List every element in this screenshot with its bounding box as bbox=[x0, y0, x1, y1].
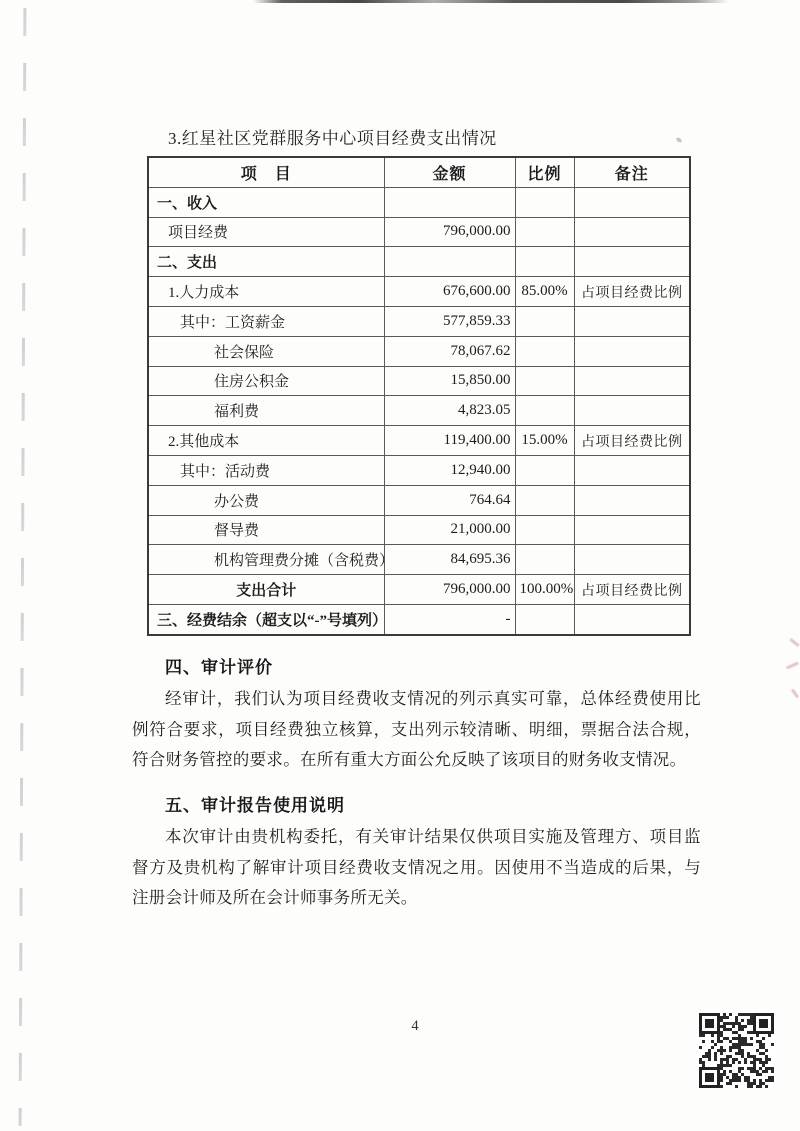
row-amount: 796,000.00 bbox=[384, 575, 515, 605]
table-row: 支出合计796,000.00100.00%占项目经费比例 bbox=[148, 575, 690, 605]
row-amount: 577,859.33 bbox=[384, 306, 515, 336]
row-note bbox=[574, 604, 690, 634]
table-row: 督导费21,000.00 bbox=[148, 515, 690, 545]
table-row: 2.其他成本119,400.0015.00%占项目经费比例 bbox=[148, 426, 690, 456]
row-note bbox=[574, 247, 690, 277]
column-header-note: 备注 bbox=[574, 157, 690, 187]
table-row: 福利费4,823.05 bbox=[148, 396, 690, 426]
row-amount: 21,000.00 bbox=[384, 515, 515, 545]
row-note bbox=[574, 187, 690, 217]
row-ratio bbox=[515, 336, 574, 366]
row-note bbox=[574, 515, 690, 545]
row-item: 二、支出 bbox=[148, 247, 384, 277]
row-ratio bbox=[515, 306, 574, 336]
table-row: 1.人力成本676,600.0085.00%占项目经费比例 bbox=[148, 277, 690, 307]
seal-ink-remnant bbox=[791, 689, 799, 699]
row-amount: 78,067.62 bbox=[384, 336, 515, 366]
row-amount: 15,850.00 bbox=[384, 366, 515, 396]
seal-ink-remnant bbox=[786, 661, 799, 669]
table-row: 住房公积金15,850.00 bbox=[148, 366, 690, 396]
row-ratio bbox=[515, 217, 574, 247]
row-amount: 676,600.00 bbox=[384, 277, 515, 307]
column-header-ratio: 比例 bbox=[515, 157, 574, 187]
row-note: 占项目经费比例 bbox=[574, 575, 690, 605]
row-note bbox=[574, 396, 690, 426]
table-row: 其中：活动费12,940.00 bbox=[148, 455, 690, 485]
row-note bbox=[574, 485, 690, 515]
expenditure-table-body: 一、收入项目经费796,000.00二、支出1.人力成本676,600.0085… bbox=[148, 187, 690, 634]
row-ratio bbox=[515, 485, 574, 515]
row-item: 住房公积金 bbox=[148, 366, 384, 396]
report-usage-paragraph: 本次审计由贵机构委托，有关审计结果仅供项目实施及管理方、项目监督方及贵机构了解审… bbox=[132, 822, 701, 914]
row-ratio bbox=[515, 247, 574, 277]
row-item: 社会保险 bbox=[148, 336, 384, 366]
row-note bbox=[574, 336, 690, 366]
table-row: 社会保险78,067.62 bbox=[148, 336, 690, 366]
table-header-row: 项 目 金额 比例 备注 bbox=[148, 157, 690, 187]
row-ratio bbox=[515, 396, 574, 426]
row-amount: 4,823.05 bbox=[384, 396, 515, 426]
row-amount: - bbox=[384, 604, 515, 634]
row-ratio bbox=[515, 515, 574, 545]
table-row: 二、支出 bbox=[148, 247, 690, 277]
scan-smudge bbox=[675, 137, 682, 144]
section-heading-audit-evaluation: 四、审计评价 bbox=[165, 653, 273, 678]
row-item: 机构管理费分摊（含税费） bbox=[148, 545, 384, 575]
row-ratio: 85.00% bbox=[515, 277, 574, 307]
table-row: 办公费764.64 bbox=[148, 485, 690, 515]
section-heading-report-usage: 五、审计报告使用说明 bbox=[165, 791, 345, 816]
row-ratio: 15.00% bbox=[515, 426, 574, 456]
row-note: 占项目经费比例 bbox=[574, 277, 690, 307]
row-amount: 119,400.00 bbox=[384, 426, 515, 456]
table-row: 其中：工资薪金577,859.33 bbox=[148, 306, 690, 336]
column-header-item: 项 目 bbox=[148, 157, 384, 187]
row-note bbox=[574, 366, 690, 396]
row-item: 督导费 bbox=[148, 515, 384, 545]
row-item: 2.其他成本 bbox=[148, 426, 384, 456]
row-note bbox=[574, 545, 690, 575]
row-amount bbox=[384, 187, 515, 217]
row-item: 一、收入 bbox=[148, 187, 384, 217]
scanned-audit-report-page: { "document": { "table_caption": "3.红星社区… bbox=[0, 0, 800, 1131]
row-amount: 12,940.00 bbox=[384, 455, 515, 485]
table-row: 一、收入 bbox=[148, 187, 690, 217]
scan-page-edge-shadow bbox=[253, 0, 729, 3]
row-ratio bbox=[515, 187, 574, 217]
row-note bbox=[574, 217, 690, 247]
row-ratio bbox=[515, 545, 574, 575]
table-row: 机构管理费分摊（含税费）84,695.36 bbox=[148, 545, 690, 575]
row-ratio bbox=[515, 455, 574, 485]
column-header-amount: 金额 bbox=[384, 157, 515, 187]
table-row: 项目经费796,000.00 bbox=[148, 217, 690, 247]
row-item: 其中：活动费 bbox=[148, 455, 384, 485]
row-amount: 764.64 bbox=[384, 485, 515, 515]
row-item: 其中：工资薪金 bbox=[148, 306, 384, 336]
table-row: 三、经费结余（超支以“-”号填列）- bbox=[148, 604, 690, 634]
row-item: 项目经费 bbox=[148, 217, 384, 247]
row-ratio: 100.00% bbox=[515, 575, 574, 605]
row-item: 三、经费结余（超支以“-”号填列） bbox=[148, 604, 384, 634]
row-amount bbox=[384, 247, 515, 277]
qr-code bbox=[698, 1012, 775, 1089]
row-ratio bbox=[515, 604, 574, 634]
row-amount: 796,000.00 bbox=[384, 217, 515, 247]
binding-perforation-dashes bbox=[19, 8, 26, 1126]
seal-ink-remnant bbox=[789, 638, 800, 647]
row-ratio bbox=[515, 366, 574, 396]
table-caption: 3.红星社区党群服务中心项目经费支出情况 bbox=[168, 124, 497, 149]
page-number: 4 bbox=[385, 1018, 445, 1035]
audit-evaluation-paragraph: 经审计，我们认为项目经费收支情况的列示真实可靠，总体经费使用比例符合要求，项目经… bbox=[132, 684, 701, 776]
row-item: 办公费 bbox=[148, 485, 384, 515]
row-note bbox=[574, 306, 690, 336]
row-note bbox=[574, 455, 690, 485]
row-note: 占项目经费比例 bbox=[574, 426, 690, 456]
expenditure-table: 项 目 金额 比例 备注 一、收入项目经费796,000.00二、支出1.人力成… bbox=[147, 156, 691, 636]
row-item: 福利费 bbox=[148, 396, 384, 426]
row-item: 支出合计 bbox=[148, 575, 384, 605]
row-item: 1.人力成本 bbox=[148, 277, 384, 307]
row-amount: 84,695.36 bbox=[384, 545, 515, 575]
